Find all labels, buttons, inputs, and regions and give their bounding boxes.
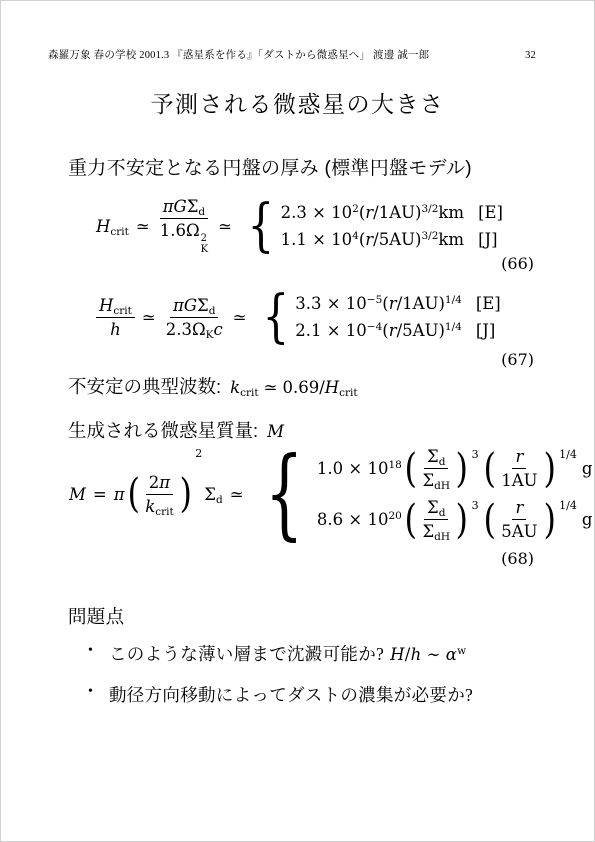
cases-brace: { <box>262 288 289 345</box>
equals-sign: = <box>93 485 107 504</box>
var-h: h <box>411 645 422 664</box>
big-lparen: ( <box>404 500 416 540</box>
unit-g: g <box>582 510 593 529</box>
case-jupiter: 8.6 × 1020 ( Σd ΣdH ) 3 ( r 5AU ) 1/4 g … <box>317 497 595 543</box>
denominator: kcrit <box>142 495 176 516</box>
sub-crit: crit <box>155 506 173 518</box>
big-rparen: ) <box>179 474 191 514</box>
var-alpha: α <box>446 645 457 664</box>
section-heading-disk-thickness: 重力不安定となる円盤の厚み (標準円盤モデル) <box>68 153 472 180</box>
simeq-sign: ≃ <box>218 217 232 236</box>
var-H: H <box>99 296 113 315</box>
bullet-text: このような薄い層まで沈澱可能か?H/h∼αw <box>109 641 466 666</box>
unit-g: g <box>582 459 593 478</box>
coef: 1.6 <box>160 221 186 240</box>
equation-number-68: (68) <box>501 549 534 568</box>
fraction-piGSigma: πGΣd 2.3ΩKc <box>163 296 226 339</box>
unit-km: km <box>438 230 464 249</box>
var-r: r <box>515 447 523 466</box>
mass-line: 生成される微惑星質量: M <box>68 417 284 443</box>
big-rparen: ) <box>456 500 468 540</box>
equation-67: Hcrit h ≃ πGΣd 2.3ΩKc ≃ { 3.3 × 10−5(r/1… <box>96 289 501 345</box>
exponent-2: 2 <box>195 448 202 459</box>
sigma: Σ <box>187 197 199 216</box>
tag-jupiter: [J] <box>476 321 496 340</box>
denominator: 2.3ΩKc <box>163 318 226 339</box>
sub-d: d <box>216 494 223 506</box>
var-r: r <box>515 498 523 517</box>
cases: 3.3 × 10−5(r/1AU)1/4[E] 2.1 × 10−4(r/5AU… <box>295 290 501 344</box>
exponent-quarter: 1/4 <box>559 500 577 511</box>
fraction-2pi-kcrit: 2π kcrit <box>142 473 176 516</box>
page-number: 32 <box>525 50 536 61</box>
cases: 2.3 × 102(r/1AU)3/2km[E] 1.1 × 104(r/5AU… <box>281 199 503 253</box>
sigma: Σ <box>197 296 209 315</box>
case-jupiter: 1.1 × 104(r/5AU)3/2km[J] <box>281 226 503 253</box>
sub-K: K <box>206 329 214 341</box>
denominator: h <box>107 318 124 339</box>
var-H-crit: Hcrit <box>96 217 129 236</box>
var-H: H <box>325 378 339 397</box>
denominator: 1.6Ω2K <box>157 219 211 255</box>
var-r: r <box>365 203 373 222</box>
var-r: r <box>389 294 397 313</box>
fraction-sigma-ratio: Σd ΣdH <box>419 447 453 490</box>
big-rparen: ) <box>543 449 555 489</box>
var-c: c <box>214 320 223 339</box>
var-M: M <box>69 485 86 504</box>
simeq-sign: ≃ <box>136 217 150 236</box>
tag-earth: [E] <box>478 203 503 222</box>
exponent-quarter: 1/4 <box>559 449 577 460</box>
var-piG: πG <box>173 296 197 315</box>
bullet-math: H/h∼αw <box>390 645 466 664</box>
header-title: 森羅万象 春の学校 2001.3 『惑星系を作る』「ダストから微惑星へ」 渡邊 … <box>48 47 429 62</box>
fraction-Hcrit-h: Hcrit h <box>96 296 135 339</box>
wavenumber-line: 不安定の典型波数: kcrit≃0.69/Hcrit <box>68 373 358 399</box>
unit-km: km <box>438 203 464 222</box>
sigma-d: Σd <box>204 485 222 504</box>
fraction-piGSigma: πGΣd 1.6Ω2K <box>157 197 211 255</box>
cases-brace: { <box>247 197 274 254</box>
big-rparen: ) <box>456 449 468 489</box>
sub-d: d <box>198 206 205 218</box>
wavenumber-math: kcrit≃0.69/Hcrit <box>230 378 358 397</box>
case-earth: 1.0 × 1018 ( Σd ΣdH ) 3 ( r 1AU ) 1/4 g … <box>317 446 595 492</box>
case-earth: 2.3 × 102(r/1AU)3/2km[E] <box>281 199 503 226</box>
sub-crit: crit <box>110 226 128 238</box>
var-r: r <box>365 230 373 249</box>
equation-number-67: (67) <box>501 350 534 369</box>
sub-K: K <box>201 245 208 256</box>
section-heading-problems: 問題点 <box>68 603 124 629</box>
big-lparen: ( <box>127 474 139 514</box>
running-header: 森羅万象 春の学校 2001.3 『惑星系を作る』「ダストから微惑星へ」 渡邊 … <box>48 47 536 62</box>
omega: Ω <box>192 320 206 339</box>
numerator: Hcrit <box>96 296 135 318</box>
tag-jupiter: [J] <box>478 230 498 249</box>
numerator: πGΣd <box>160 197 208 219</box>
var-k: k <box>145 497 155 516</box>
page-title: 予測される微惑星の大きさ <box>1 86 594 119</box>
sim-sign: ∼ <box>427 645 441 664</box>
var-H: H <box>96 217 110 236</box>
var-pi: π <box>159 473 170 492</box>
document-page: 森羅万象 春の学校 2001.3 『惑星系を作る』「ダストから微惑星へ」 渡邊 … <box>0 0 595 842</box>
big-lparen: ( <box>483 500 495 540</box>
bullet-item-sedimentation: • このような薄い層まで沈澱可能か?H/h∼αw <box>88 641 466 666</box>
big-lparen: ( <box>483 449 495 489</box>
equation-number-66: (66) <box>501 254 534 273</box>
wavenumber-label: 不安定の典型波数: <box>68 373 221 399</box>
var-piG: πG <box>163 197 187 216</box>
sup-w: w <box>457 645 466 657</box>
exponent-3: 3 <box>472 449 479 460</box>
cases: 1.0 × 1018 ( Σd ΣdH ) 3 ( r 1AU ) 1/4 g … <box>317 446 595 543</box>
var-H: H <box>390 645 405 664</box>
case-earth: 3.3 × 10−5(r/1AU)1/4[E] <box>295 290 501 317</box>
simeq-sign: ≃ <box>233 308 247 327</box>
sub-crit: crit <box>240 387 258 399</box>
bullet-text: 動径方向移動によってダストの濃集が必要か? <box>109 682 473 707</box>
numerator: πGΣd <box>170 296 218 318</box>
equation-66: Hcrit ≃ πGΣd 1.6Ω2K ≃ { 2.3 × 102(r/1AU)… <box>96 197 503 255</box>
coef: 2.3 <box>166 320 192 339</box>
var-h: h <box>110 320 121 339</box>
sup-2: 2 <box>201 234 207 245</box>
simeq-sign: ≃ <box>264 378 278 397</box>
mass-label: 生成される微惑星質量: <box>68 417 258 443</box>
bullet-icon: • <box>88 682 109 707</box>
case-jupiter: 2.1 × 10−4(r/5AU)1/4[J] <box>295 317 501 344</box>
bullet-icon: • <box>88 641 109 666</box>
numerator: 2π <box>146 473 173 495</box>
exponent-3: 3 <box>472 500 479 511</box>
simeq-sign: ≃ <box>230 485 244 504</box>
sub-crit: crit <box>339 387 357 399</box>
simeq-sign: ≃ <box>142 308 156 327</box>
tag-earth: [E] <box>476 294 501 313</box>
sub-d: d <box>209 305 216 317</box>
fraction-r-au: r 1AU <box>498 447 540 490</box>
var-r: r <box>389 321 397 340</box>
big-rparen: ) <box>543 500 555 540</box>
sub-crit: crit <box>113 305 131 317</box>
omega-sup-sub: 2K <box>201 234 208 255</box>
fraction-r-au: r 5AU <box>498 498 540 541</box>
omega: Ω <box>186 221 200 240</box>
big-lparen: ( <box>404 449 416 489</box>
equation-68: M = π ( 2π kcrit ) 2 Σd ≃ { 1.0 × 1018 (… <box>69 445 595 543</box>
bullet-item-radial-migration: • 動径方向移動によってダストの濃集が必要か? <box>88 682 473 707</box>
var-k: k <box>230 378 240 397</box>
cases-brace: { <box>264 445 303 543</box>
fraction-sigma-ratio: Σd ΣdH <box>419 498 453 541</box>
var-pi: π <box>114 485 125 504</box>
